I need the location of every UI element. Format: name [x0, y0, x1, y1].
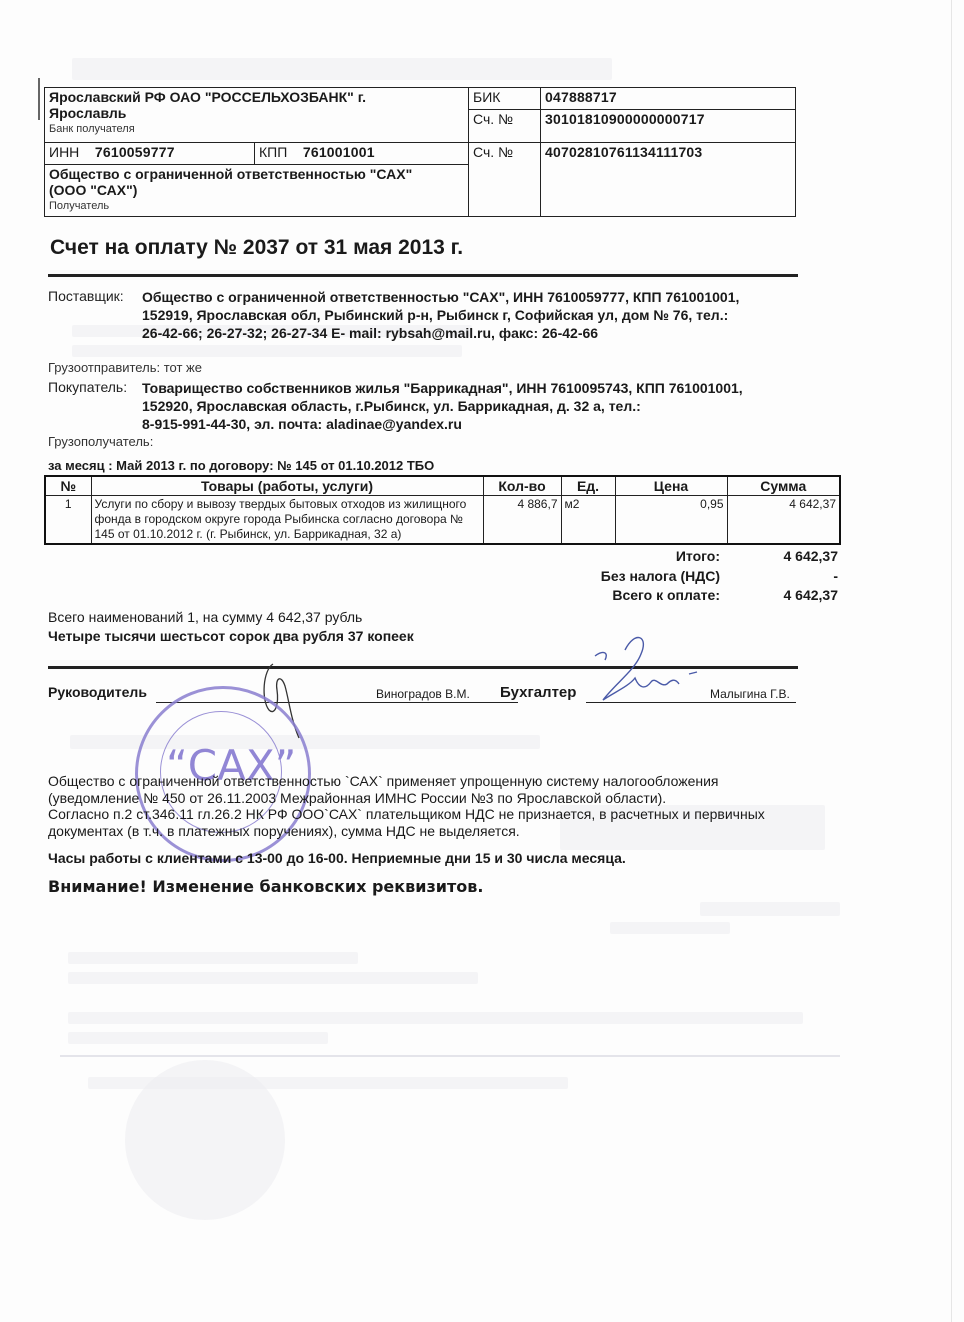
col-header-num: № [45, 476, 91, 496]
accountant-signature-icon [585, 630, 705, 710]
note-line: Согласно п.2 ст.346.11 гл.26.2 НК РФ ООО… [48, 806, 848, 823]
kpp-cell: КПП 761001001 [255, 143, 469, 165]
supplier-line: Общество с ограниченной ответственностью… [142, 289, 739, 305]
items-table: № Товары (работы, услуги) Кол-во Ед. Цен… [44, 475, 841, 545]
invoice-title: Счет на оплату № 2037 от 31 мая 2013 г. [50, 236, 463, 260]
subtotal-value: 4 642,37 [720, 548, 838, 568]
title-divider [48, 274, 798, 277]
consignee-line: Грузополучатель: [48, 434, 153, 449]
bank-details-table: Ярославский РФ ОАО "РОССЕЛЬХОЗБАНК" г. Я… [44, 87, 796, 217]
item-qty: 4 886,7 [483, 496, 561, 545]
account-label: Сч. № [469, 143, 541, 217]
bank-name-cell: Ярославский РФ ОАО "РОССЕЛЬХОЗБАНК" г. Я… [45, 88, 469, 143]
tax-notes: Общество с ограниченной ответственностью… [48, 773, 848, 839]
recipient-cell: Общество с ограниченной ответственностью… [45, 165, 469, 217]
account-value: 40702810761134111703 [541, 143, 796, 217]
inn-cell: ИНН 7610059777 [45, 143, 255, 165]
director-name: Виноградов В.М. [376, 687, 470, 701]
bank-details-warning: Внимание! Изменение банковских реквизито… [48, 877, 483, 896]
shipper-line: Грузоотправитель: тот же [48, 360, 202, 375]
recipient-line2: (ООО "САХ") [49, 182, 137, 198]
note-line: документах (в т.ч. в платежных поручения… [48, 823, 848, 840]
corr-account-value: 30101810900000000717 [541, 110, 796, 143]
buyer-line: 8-915-991-44-30, эл. почта: aladinae@yan… [142, 416, 462, 432]
item-num: 1 [45, 496, 91, 545]
margin-mark [38, 78, 40, 120]
bank-name-line1: Ярославский РФ ОАО "РОССЕЛЬХОЗБАНК" г. [49, 89, 366, 105]
bleed-through-text [68, 972, 478, 984]
supplier-details: Общество с ограниченной ответственностью… [142, 288, 792, 342]
table-row: 1 Услуги по сбору и вывозу твердых бытов… [45, 496, 840, 545]
note-line: Общество с ограниченной ответственностью… [48, 773, 848, 790]
recipient-caption: Получатель [49, 200, 464, 212]
col-header-unit: Ед. [561, 476, 615, 496]
vat-label: Без налога (НДС) [540, 568, 720, 588]
item-sum: 4 642,37 [727, 496, 840, 545]
col-header-price: Цена [615, 476, 727, 496]
working-hours: Часы работы с клиентами с 13-00 до 16-00… [48, 850, 626, 866]
buyer-block: Покупатель: Товарищество собственников ж… [48, 379, 792, 433]
subtotal-label: Итого: [540, 548, 720, 568]
col-header-qty: Кол-во [483, 476, 561, 496]
inn-value: 7610059777 [95, 144, 175, 160]
bank-name-line2: Ярославль [49, 105, 126, 121]
total-label: Всего к оплате: [540, 587, 720, 607]
director-label: Руководитель [48, 684, 147, 700]
summary-line: Всего наименований 1, на сумму 4 642,37 … [48, 609, 362, 625]
bleed-through-rule [60, 1055, 840, 1057]
contract-line: за месяц : Май 2013 г. по договору: № 14… [48, 458, 434, 473]
total-value: 4 642,37 [720, 587, 838, 607]
item-unit: м2 [561, 496, 615, 545]
corr-account-label: Сч. № [469, 110, 541, 143]
bleed-through-text [68, 1012, 803, 1024]
supplier-line: 152919, Ярославская обл, Рыбинский р-н, … [142, 307, 728, 323]
inn-label: ИНН [49, 144, 79, 160]
bleed-through-text [72, 345, 462, 357]
accountant-label: Бухгалтер [500, 684, 576, 701]
bleed-through-text [68, 1032, 328, 1044]
note-line: (уведомление № 450 от 26.11.2003 Межрайо… [48, 790, 848, 807]
item-price: 0,95 [615, 496, 727, 545]
bleed-through-title [72, 58, 612, 80]
buyer-details: Товарищество собственников жилья "Баррик… [142, 379, 792, 433]
buyer-line: Товарищество собственников жилья "Баррик… [142, 380, 743, 396]
col-header-sum: Сумма [727, 476, 840, 496]
bik-value: 047888717 [541, 88, 796, 110]
buyer-line: 152920, Ярославская область, г.Рыбинск, … [142, 398, 641, 414]
bleed-through-text [68, 952, 358, 964]
buyer-label: Покупатель: [48, 379, 142, 395]
amount-in-words: Четыре тысячи шестьсот сорок два рубля 3… [48, 628, 414, 644]
item-description: Услуги по сбору и вывозу твердых бытовых… [91, 496, 483, 545]
col-header-goods: Товары (работы, услуги) [91, 476, 483, 496]
kpp-value: 761001001 [303, 144, 375, 160]
bank-caption: Банк получателя [49, 123, 464, 135]
totals-block: Итого:4 642,37 Без налога (НДС)- Всего к… [540, 548, 838, 607]
supplier-label: Поставщик: [48, 288, 142, 304]
accountant-name: Малыгина Г.В. [710, 687, 790, 701]
page-edge [951, 0, 952, 1322]
bleed-through-text [700, 902, 840, 916]
bleed-through-stamp [125, 1060, 285, 1220]
supplier-block: Поставщик: Общество с ограниченной ответ… [48, 288, 792, 342]
recipient-line1: Общество с ограниченной ответственностью… [49, 166, 412, 182]
bik-label: БИК [469, 88, 541, 110]
kpp-label: КПП [259, 144, 287, 160]
vat-value: - [720, 568, 838, 588]
items-header-row: № Товары (работы, услуги) Кол-во Ед. Цен… [45, 476, 840, 496]
supplier-line: 26-42-66; 26-27-32; 26-27-34 E- mail: ry… [142, 325, 598, 341]
bleed-through-text [610, 922, 730, 934]
